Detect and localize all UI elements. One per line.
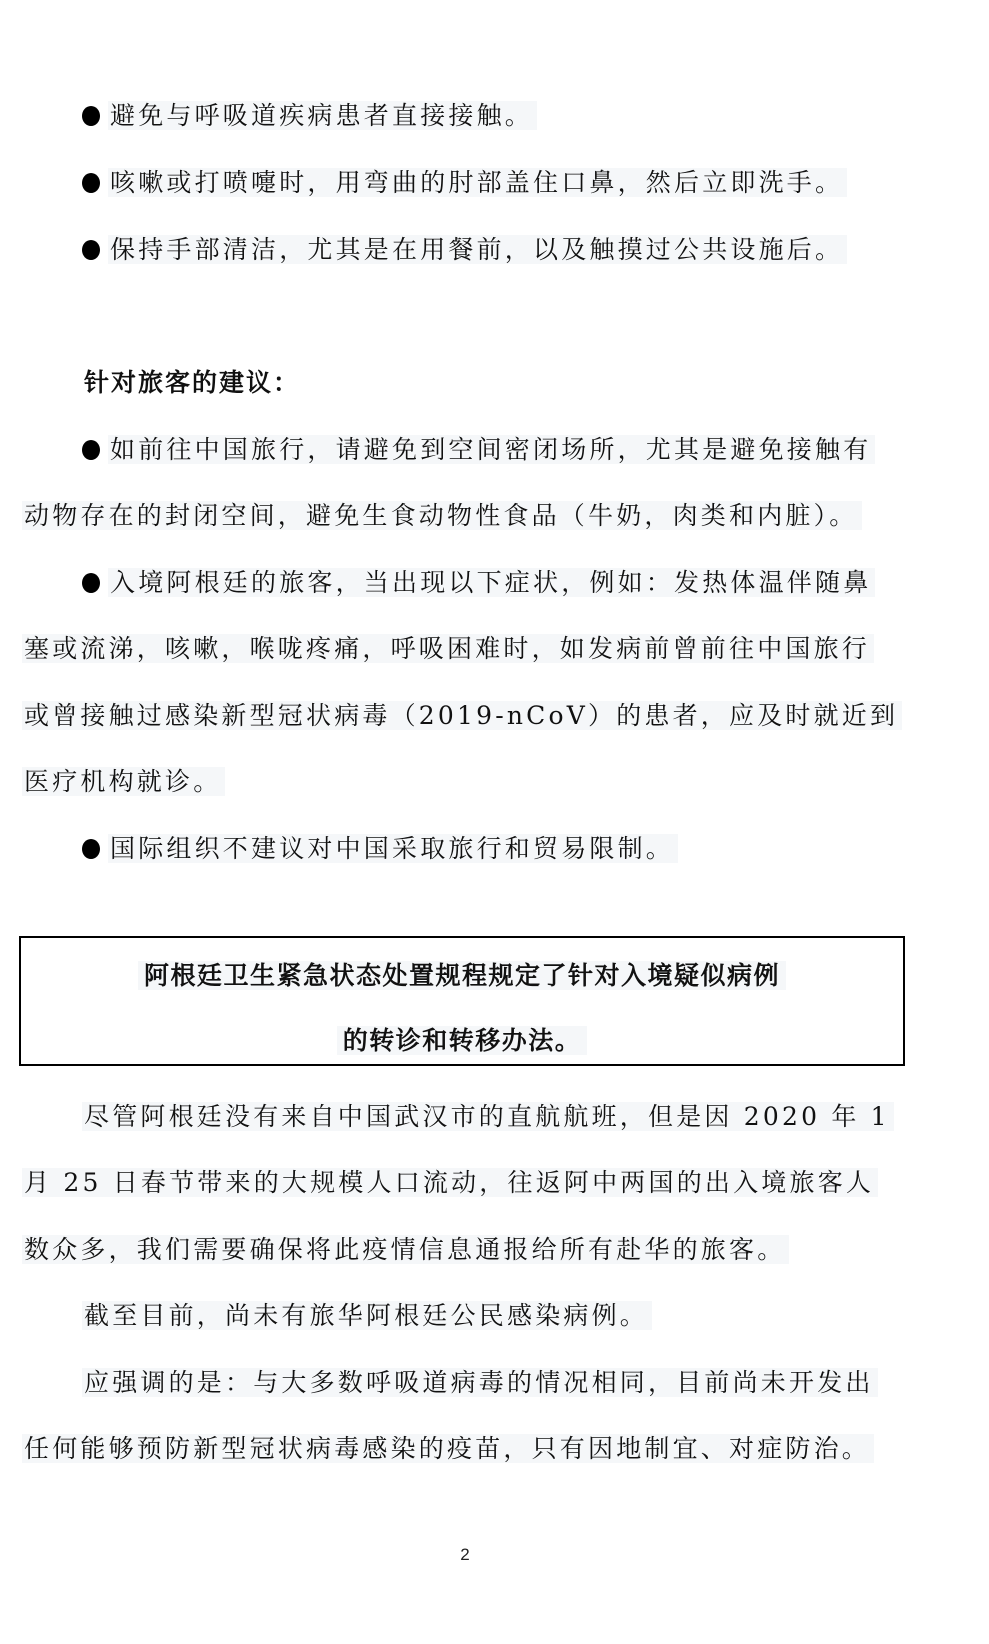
- travel-bullet-2-line-2: 塞或流涕，咳嗽，喉咙疼痛，呼吸困难时，如发病前曾前往中国旅行: [22, 629, 874, 669]
- paragraph-3-line-2: 任何能够预防新型冠状病毒感染的疫苗，只有因地制宜、对症防治。: [22, 1429, 874, 1469]
- travel-bullet-2-line-1: 入境阿根廷的旅客，当出现以下症状，例如：发热体温伴随鼻: [82, 563, 875, 603]
- hygiene-bullet-1: 避免与呼吸道疾病患者直接接触。: [82, 96, 537, 136]
- bullet-text: 咳嗽或打喷嚏时，用弯曲的肘部盖住口鼻，然后立即洗手。: [108, 168, 847, 197]
- bullet-icon: [82, 240, 100, 260]
- travel-bullet-3: 国际组织不建议对中国采取旅行和贸易限制。: [82, 829, 678, 869]
- page-number: 2: [0, 1545, 930, 1565]
- bullet-icon: [82, 173, 100, 193]
- hygiene-bullet-2: 咳嗽或打喷嚏时，用弯曲的肘部盖住口鼻，然后立即洗手。: [82, 163, 847, 203]
- hygiene-bullet-3: 保持手部清洁，尤其是在用餐前，以及触摸过公共设施后。: [82, 230, 847, 270]
- travel-bullet-1-line-1: 如前往中国旅行，请避免到空间密闭场所，尤其是避免接触有: [82, 430, 875, 470]
- paragraph-3-line-1: 应强调的是：与大多数呼吸道病毒的情况相同，目前尚未开发出: [82, 1363, 878, 1403]
- bullet-icon: [82, 440, 100, 460]
- boxed-notice-line-1: 阿根廷卫生紧急状态处置规程规定了针对入境疑似病例: [21, 956, 903, 996]
- bullet-text: 国际组织不建议对中国采取旅行和贸易限制。: [108, 834, 678, 863]
- paragraph-1-line-2: 月 25 日春节带来的大规模人口流动，往返阿中两国的出入境旅客人: [22, 1163, 878, 1203]
- boxed-notice-line-2: 的转诊和转移办法。: [21, 1021, 903, 1061]
- travel-heading: 针对旅客的建议：: [84, 363, 300, 403]
- bullet-icon: [82, 573, 100, 593]
- paragraph-2: 截至目前，尚未有旅华阿根廷公民感染病例。: [82, 1296, 652, 1336]
- paragraph-1-line-1: 尽管阿根廷没有来自中国武汉市的直航航班，但是因 2020 年 1: [82, 1097, 894, 1137]
- travel-bullet-1-line-2: 动物存在的封闭空间，避免生食动物性食品（牛奶，肉类和内脏）。: [22, 496, 862, 536]
- travel-bullet-2-line-3: 或曾接触过感染新型冠状病毒（2019-nCoV）的患者，应及时就近到: [22, 696, 902, 736]
- bullet-text: 如前往中国旅行，请避免到空间密闭场所，尤其是避免接触有: [108, 435, 875, 464]
- travel-bullet-2-line-4: 医疗机构就诊。: [22, 762, 225, 802]
- bullet-text: 避免与呼吸道疾病患者直接接触。: [108, 101, 537, 130]
- paragraph-1-line-3: 数众多，我们需要确保将此疫情信息通报给所有赴华的旅客。: [22, 1230, 789, 1270]
- boxed-notice: 阿根廷卫生紧急状态处置规程规定了针对入境疑似病例 的转诊和转移办法。: [19, 936, 905, 1066]
- bullet-icon: [82, 106, 100, 126]
- bullet-icon: [82, 839, 100, 859]
- bullet-text: 保持手部清洁，尤其是在用餐前，以及触摸过公共设施后。: [108, 235, 847, 264]
- bullet-text: 入境阿根廷的旅客，当出现以下症状，例如：发热体温伴随鼻: [108, 568, 875, 597]
